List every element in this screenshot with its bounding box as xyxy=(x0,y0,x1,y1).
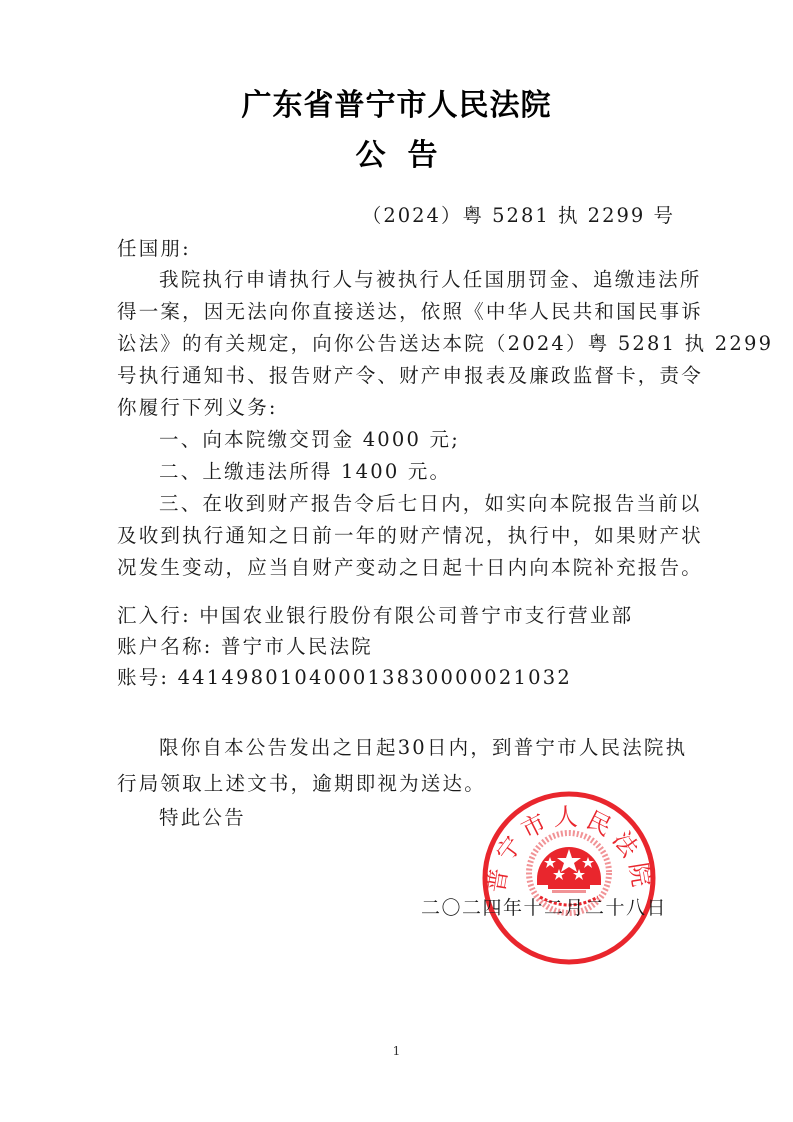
document-page: 广东省普宁市人民法院 公告 （2024）粤 5281 执 2299 号 任国朋:… xyxy=(0,0,793,1122)
page-number: 1 xyxy=(0,1044,793,1058)
case-number: （2024）粤 5281 执 2299 号 xyxy=(362,200,675,228)
body-line: 你履行下列义务: xyxy=(117,392,278,420)
payment-account-number: 账号: 44149801040001383000002​1032 xyxy=(117,662,572,690)
deadline-line: 行局领取上述文书，逾期即视为送达。 xyxy=(117,768,486,796)
issue-date: 二〇二四年十二月二十八日 xyxy=(421,893,667,920)
sign-off: 特此公告 xyxy=(159,802,246,830)
body-line: 讼法》的有关规定，向你公告送达本院（2024）粤 5281 执 2299 xyxy=(117,328,773,356)
notice-title: 公告 xyxy=(0,130,793,174)
court-name-title: 广东省普宁市人民法院 xyxy=(0,80,793,124)
body-line: 得一案，因无法向你直接送达，依照《中华人民共和国民事诉 xyxy=(117,296,703,324)
body-line: 号执行通知书、报告财产令、财产申报表及廉政监督卡，责令 xyxy=(117,360,703,388)
obligation-item-3: 三、在收到财产报告令后七日内，如实向本院报告当前以 xyxy=(159,488,702,516)
addressee: 任国朋: xyxy=(117,233,191,261)
payment-bank: 汇入行: 中国农业银行股份有限公司普宁市支行营业部 xyxy=(117,600,633,628)
deadline-line: 限你自本公告发出之日起30日内，到普宁市人民法院执 xyxy=(159,732,687,760)
obligation-item-2: 二、上缴违法所得 1400 元。 xyxy=(159,456,451,484)
body-line: 我院执行申请执行人与被执行人任国朋罚金、追缴违法所 xyxy=(159,264,702,292)
court-seal-icon: 普宁市人民法院 xyxy=(480,789,658,967)
obligation-item-3-cont: 及收到执行通知之日前一年的财产情况，执行中，如果财产状 xyxy=(117,520,703,548)
payment-account-name: 账户名称: 普宁市人民法院 xyxy=(117,631,373,659)
obligation-item-3-cont: 况发生变动，应当自财产变动之日起十日内向本院补充报告。 xyxy=(117,552,703,580)
obligation-item-1: 一、向本院缴交罚金 4000 元; xyxy=(159,424,460,452)
